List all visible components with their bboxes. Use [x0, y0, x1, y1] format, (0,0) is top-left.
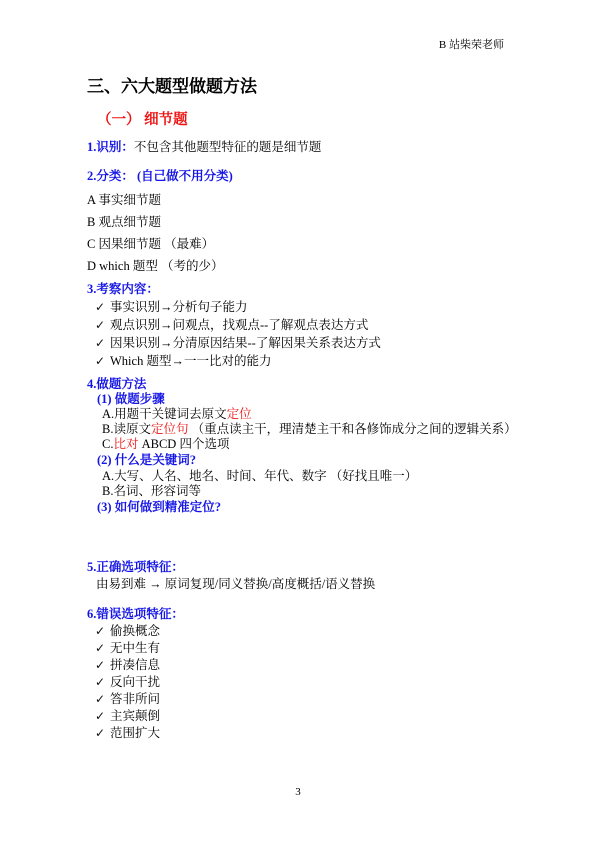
- check-icon: ✓: [87, 335, 110, 351]
- list-item-text: 事实识别→分析句子能力: [110, 299, 248, 315]
- document-content: 三、六大题型做题方法 （一） 细节题 1.识别：不包含其他题型特征的题是细节题 …: [87, 76, 537, 743]
- section-1-line: 1.识别：不包含其他题型特征的题是细节题: [87, 139, 537, 155]
- step-text: B.读原文: [102, 422, 151, 436]
- step-c: C.比对 ABCD 四个选项: [87, 437, 537, 452]
- check-icon: ✓: [87, 658, 110, 673]
- list-item-text: 主宾颠倒: [110, 709, 160, 724]
- list-item: ✓因果识别→分清原因结果--了解因果关系表达方式: [87, 335, 537, 351]
- section-subtitle: （一） 细节题: [87, 111, 537, 130]
- list-item: ✓反向干扰: [87, 675, 537, 690]
- list-item: ✓答非所问: [87, 692, 537, 707]
- list-item: D which 题型 （考的少）: [87, 258, 537, 274]
- section-3-label: 3.考察内容：: [87, 281, 537, 297]
- step-a: A.用题干关键词去原文定位: [87, 407, 537, 422]
- list-item-text: Which 题型→一一比对的能力: [110, 353, 271, 369]
- section-4-sub3-label: (3) 如何做到精准定位?: [87, 500, 537, 515]
- list-item-text: 因果识别→分清原因结果--了解因果关系表达方式: [110, 335, 381, 351]
- check-icon: ✓: [87, 624, 110, 639]
- section-1-text: 不包含其他题型特征的题是细节题: [134, 140, 322, 154]
- section-5-text: 由易到难 → 原词复现/同义替换/高度概括/语义替换: [87, 576, 537, 592]
- page-header-author: B 站柴荣老师: [439, 36, 504, 52]
- list-item-text: 偷换概念: [110, 624, 160, 639]
- document-page: B 站柴荣老师 三、六大题型做题方法 （一） 细节题 1.识别：不包含其他题型特…: [0, 0, 596, 842]
- list-item: ✓观点识别→问观点，找观点--了解观点表达方式: [87, 317, 537, 333]
- check-icon: ✓: [87, 726, 110, 741]
- step-text: （重点读主干，理清楚主干和各修饰成分之间的逻辑关系）: [188, 422, 516, 436]
- section-4-sub1-label: (1) 做题步骤: [87, 392, 537, 407]
- check-icon: ✓: [87, 317, 110, 333]
- check-icon: ✓: [87, 709, 110, 724]
- check-icon: ✓: [87, 692, 110, 707]
- step-text: ABCD 四个选项: [138, 437, 229, 451]
- step-text: C.: [102, 437, 113, 451]
- step-highlight: 定位: [227, 407, 252, 421]
- section-6-list: ✓偷换概念 ✓无中生有 ✓拼凑信息 ✓反向干扰 ✓答非所问 ✓主宾颠倒 ✓范围扩…: [87, 624, 537, 741]
- check-icon: ✓: [87, 299, 110, 315]
- keyword-item: B.名词、形容词等: [87, 484, 537, 499]
- check-icon: ✓: [87, 353, 110, 369]
- list-item: ✓事实识别→分析句子能力: [87, 299, 537, 315]
- list-item: A 事实细节题: [87, 192, 537, 208]
- list-item: ✓主宾颠倒: [87, 709, 537, 724]
- list-item: ✓拼凑信息: [87, 658, 537, 673]
- section-4-sub2-label: (2) 什么是关键词?: [87, 453, 537, 468]
- list-item: ✓Which 题型→一一比对的能力: [87, 353, 537, 369]
- list-item: C 因果细节题 （最难）: [87, 236, 537, 252]
- list-item-text: 无中生有: [110, 641, 160, 656]
- section-6-label: 6.错误选项特征：: [87, 606, 537, 622]
- section-2-list: A 事实细节题 B 观点细节题 C 因果细节题 （最难） D which 题型 …: [87, 192, 537, 274]
- section-3-list: ✓事实识别→分析句子能力 ✓观点识别→问观点，找观点--了解观点表达方式 ✓因果…: [87, 299, 537, 369]
- section-1-label: 1.识别：: [87, 140, 134, 154]
- list-item-text: 范围扩大: [110, 726, 160, 741]
- page-number: 3: [0, 786, 596, 798]
- list-item: ✓范围扩大: [87, 726, 537, 741]
- keyword-item: A.大写、人名、地名、时间、年代、数字 （好找且唯一）: [87, 469, 537, 484]
- section-5-label: 5.正确选项特征：: [87, 559, 537, 575]
- check-icon: ✓: [87, 675, 110, 690]
- step-highlight: 定位句: [151, 422, 189, 436]
- page-title: 三、六大题型做题方法: [87, 76, 537, 98]
- list-item-text: 反向干扰: [110, 675, 160, 690]
- step-highlight: 比对: [113, 437, 138, 451]
- section-2-label: 2.分类： (自己做不用分类): [87, 168, 537, 184]
- step-b: B.读原文定位句 （重点读主干，理清楚主干和各修饰成分之间的逻辑关系）: [87, 422, 537, 437]
- list-item-text: 拼凑信息: [110, 658, 160, 673]
- list-item: B 观点细节题: [87, 214, 537, 230]
- list-item-text: 答非所问: [110, 692, 160, 707]
- list-item: ✓无中生有: [87, 641, 537, 656]
- section-4-label: 4.做题方法: [87, 376, 537, 392]
- step-text: A.用题干关键词去原文: [102, 407, 227, 421]
- list-item: ✓偷换概念: [87, 624, 537, 639]
- list-item-text: 观点识别→问观点，找观点--了解观点表达方式: [110, 317, 368, 333]
- check-icon: ✓: [87, 641, 110, 656]
